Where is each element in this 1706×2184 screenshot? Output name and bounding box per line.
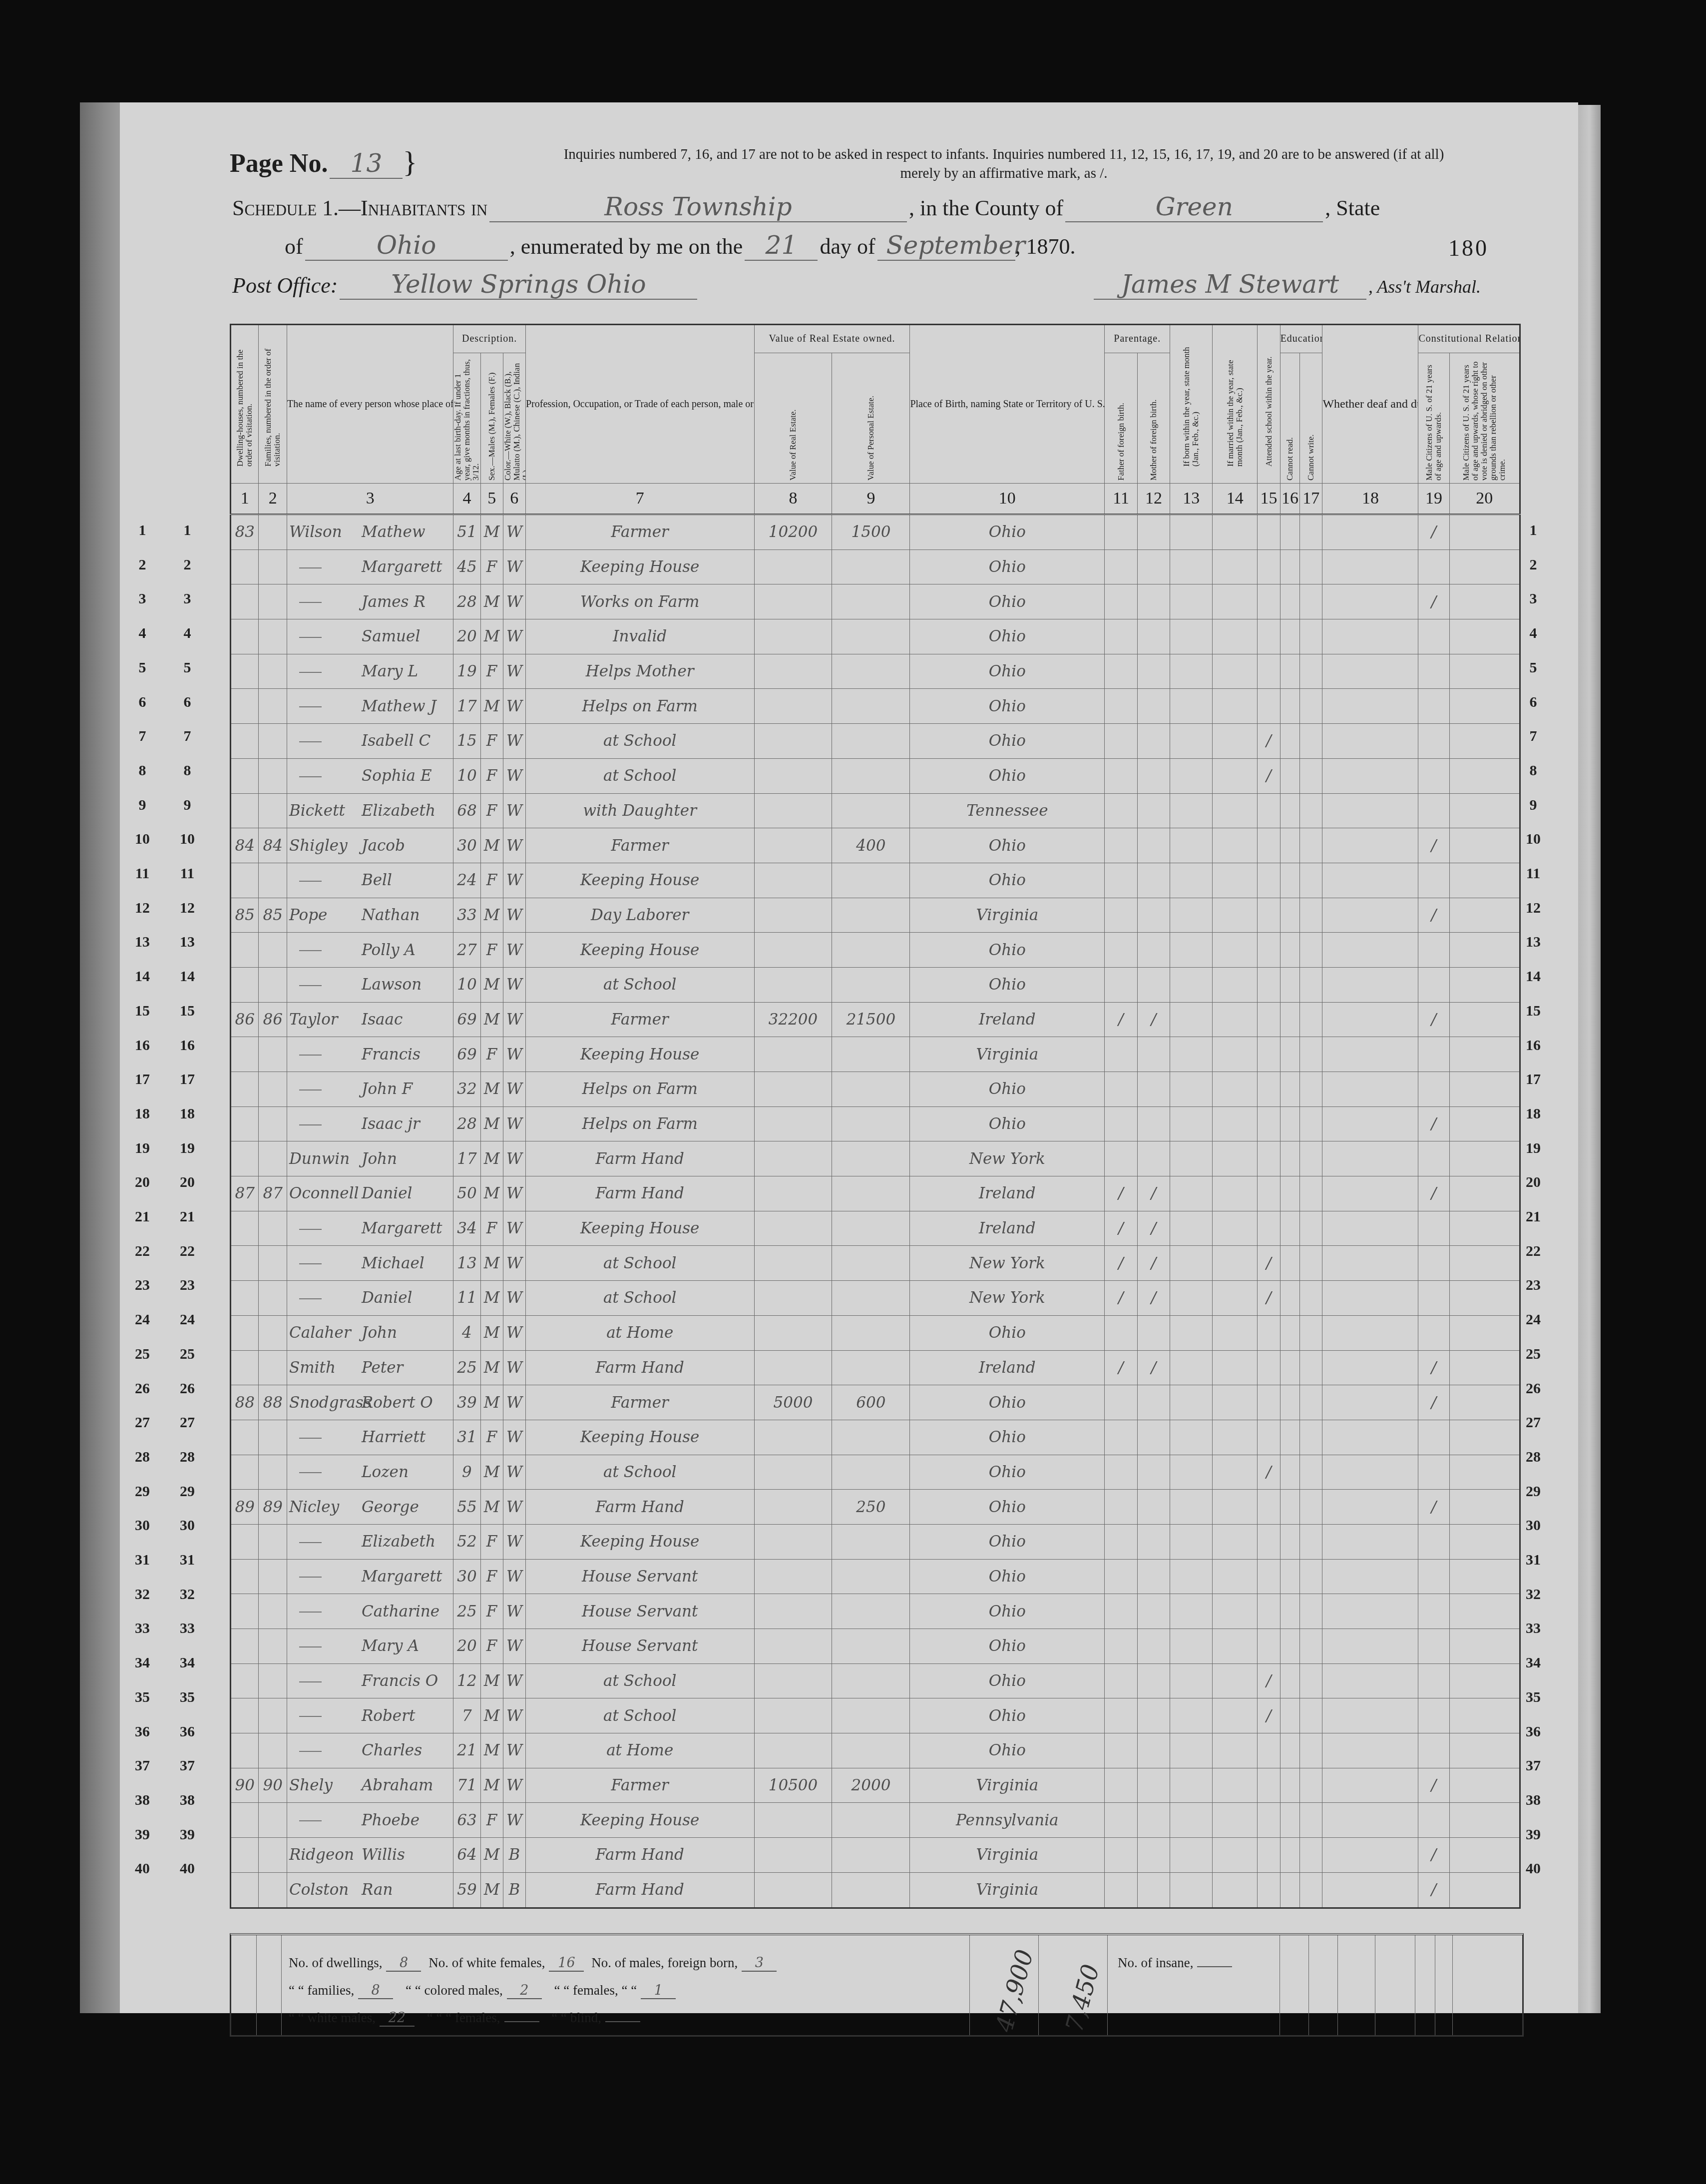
person-name: TaylorIsaac	[287, 1002, 453, 1037]
row-number: 11	[172, 865, 202, 882]
school-mark	[1258, 1385, 1280, 1420]
father-foreign-mark	[1105, 1872, 1138, 1908]
prev-page-row-number: 30	[127, 1517, 157, 1534]
family-number: 84	[259, 828, 287, 863]
mother-foreign-mark	[1137, 1524, 1170, 1559]
cannot-read-mark	[1280, 1524, 1300, 1559]
citizen-mark	[1418, 1663, 1449, 1698]
father-foreign-mark	[1105, 515, 1138, 550]
disability	[1322, 1663, 1418, 1698]
father-foreign-mark	[1105, 654, 1138, 689]
father-foreign-mark	[1105, 967, 1138, 1002]
insane-count	[1197, 1966, 1232, 1967]
married-within-year	[1213, 967, 1258, 1002]
dwelling-number: 86	[231, 1002, 259, 1037]
real-estate-value	[754, 619, 832, 654]
married-within-year	[1213, 1385, 1258, 1420]
citizen-mark	[1418, 1559, 1449, 1594]
citizen-mark	[1418, 758, 1449, 793]
row-number: 9	[1518, 797, 1548, 814]
citizen-mark	[1418, 1524, 1449, 1559]
row-number: 16	[1518, 1037, 1548, 1054]
born-within-year	[1170, 863, 1213, 898]
vote-denied-mark	[1449, 1524, 1520, 1559]
sex: M	[480, 1141, 503, 1176]
prev-page-row-number: 15	[127, 1003, 157, 1020]
color: W	[503, 1524, 525, 1559]
dwelling-number	[231, 1629, 259, 1664]
family-number	[259, 689, 287, 724]
citizen-mark	[1418, 619, 1449, 654]
given-name: Peter	[362, 1359, 403, 1377]
person-name: Phoebe	[287, 1803, 453, 1838]
cannot-read-mark	[1280, 863, 1300, 898]
cannot-read-mark	[1280, 1246, 1300, 1281]
born-within-year	[1170, 515, 1213, 550]
father-foreign-mark	[1105, 1838, 1138, 1873]
school-mark: /	[1258, 1246, 1280, 1281]
cannot-write-mark	[1300, 1803, 1322, 1838]
sex: M	[480, 1106, 503, 1141]
summary-line-3: “ “ white males,22 “ “ “ females, “ “ bl…	[289, 2010, 644, 2027]
vote-denied-mark	[1449, 1281, 1520, 1316]
cannot-read-mark	[1280, 828, 1300, 863]
school-mark	[1258, 828, 1280, 863]
married-within-year	[1213, 898, 1258, 933]
col-color-header: Color.—White (W.), Black (B.), Mulatto (…	[503, 353, 525, 484]
family-number	[259, 1559, 287, 1594]
row-number: 26	[172, 1380, 202, 1397]
given-name: Robert O	[362, 1394, 433, 1412]
born-within-year	[1170, 1141, 1213, 1176]
prev-page-row-number: 28	[127, 1449, 157, 1466]
father-foreign-mark	[1105, 1768, 1138, 1803]
mother-foreign-mark	[1137, 1872, 1170, 1908]
real-estate-value	[754, 584, 832, 619]
given-name: Isaac jr	[362, 1115, 420, 1133]
family-number	[259, 724, 287, 759]
census-row: Daniel11MWat SchoolNew York///	[231, 1281, 1520, 1316]
surname: Bickett	[289, 802, 362, 820]
cannot-read-mark	[1280, 1315, 1300, 1350]
dwelling-number	[231, 863, 259, 898]
constitutional-group-header: Constitutional Relations.	[1418, 325, 1520, 353]
cannot-read-mark	[1280, 933, 1300, 968]
instructions-notice: Inquiries numbered 7, 16, and 17 are not…	[482, 145, 1526, 183]
cannot-read-mark	[1280, 793, 1300, 828]
disability	[1322, 724, 1418, 759]
column-number: 19	[1418, 484, 1449, 515]
citizen-mark	[1418, 1420, 1449, 1455]
vote-denied-mark	[1449, 1176, 1520, 1211]
person-name: Bell	[287, 863, 453, 898]
mother-foreign-mark	[1137, 863, 1170, 898]
cannot-read-mark	[1280, 1629, 1300, 1664]
disability	[1322, 1002, 1418, 1037]
mother-foreign-mark: /	[1137, 1350, 1170, 1385]
color: W	[503, 1106, 525, 1141]
row-number: 12	[1518, 900, 1548, 917]
given-name: Daniel	[362, 1184, 412, 1202]
column-number: 16	[1280, 484, 1300, 515]
dwellings-count: 8	[386, 1955, 421, 1972]
occupation: Helps on Farm	[525, 1072, 754, 1107]
disability	[1322, 619, 1418, 654]
row-number: 40	[1518, 1860, 1548, 1877]
cannot-read-mark	[1280, 619, 1300, 654]
personal-estate-value: 600	[832, 1385, 910, 1420]
age: 10	[453, 758, 480, 793]
ditto-mark	[299, 1681, 322, 1682]
family-number	[259, 1838, 287, 1873]
ditto-mark	[299, 1229, 322, 1230]
school-mark	[1258, 793, 1280, 828]
row-number: 39	[172, 1826, 202, 1843]
mother-foreign-mark: /	[1137, 1281, 1170, 1316]
row-number: 14	[1518, 968, 1548, 985]
marshal-signature: James M Stewart	[1094, 270, 1366, 300]
birthplace: Virginia	[910, 898, 1105, 933]
born-within-year	[1170, 1490, 1213, 1525]
disability	[1322, 654, 1418, 689]
family-number	[259, 863, 287, 898]
citizen-mark	[1418, 1246, 1449, 1281]
born-within-year	[1170, 1803, 1213, 1838]
sex: M	[480, 1072, 503, 1107]
personal-estate-value	[832, 1559, 910, 1594]
married-within-year	[1213, 1106, 1258, 1141]
real-estate-value: 5000	[754, 1385, 832, 1420]
married-within-year	[1213, 1594, 1258, 1629]
blind-count	[605, 2021, 640, 2022]
occupation: Helps on Farm	[525, 689, 754, 724]
real-estate-value	[754, 549, 832, 584]
ditto-mark	[299, 602, 322, 603]
dwelling-number	[231, 654, 259, 689]
col-dwelling-header: Dwelling-houses, numbered in the order o…	[231, 325, 259, 484]
personal-estate-value	[832, 549, 910, 584]
vote-denied-mark	[1449, 1315, 1520, 1350]
school-mark	[1258, 1872, 1280, 1908]
birthplace: Ohio	[910, 863, 1105, 898]
occupation: Keeping House	[525, 1037, 754, 1072]
column-number: 4	[453, 484, 480, 515]
married-within-year	[1213, 1281, 1258, 1316]
age: 63	[453, 1803, 480, 1838]
given-name: Robert	[362, 1707, 415, 1725]
column-number: 3	[287, 484, 453, 515]
cannot-write-mark	[1300, 724, 1322, 759]
real-estate-value	[754, 1176, 832, 1211]
column-number: 13	[1170, 484, 1213, 515]
school-mark	[1258, 1838, 1280, 1873]
family-number	[259, 1524, 287, 1559]
row-number: 7	[172, 728, 202, 745]
dwelling-number: 87	[231, 1176, 259, 1211]
sex: M	[480, 1838, 503, 1873]
cannot-write-mark	[1300, 758, 1322, 793]
dwelling-number	[231, 1350, 259, 1385]
married-within-year	[1213, 1246, 1258, 1281]
disability	[1322, 1524, 1418, 1559]
census-row: 8585PopeNathan33MWDay LaborerVirginia/	[231, 898, 1520, 933]
cannot-write-mark	[1300, 1176, 1322, 1211]
mother-foreign-mark	[1137, 689, 1170, 724]
age: 17	[453, 1141, 480, 1176]
mother-foreign-mark	[1137, 654, 1170, 689]
census-row: Bell24FWKeeping HouseOhio	[231, 863, 1520, 898]
dwelling-number	[231, 1559, 259, 1594]
row-number: 13	[172, 934, 202, 951]
mother-foreign-mark	[1137, 619, 1170, 654]
row-number: 38	[1518, 1792, 1548, 1809]
father-foreign-mark	[1105, 1141, 1138, 1176]
age: 64	[453, 1838, 480, 1873]
color: W	[503, 1455, 525, 1490]
married-within-year	[1213, 1490, 1258, 1525]
family-number	[259, 1698, 287, 1733]
born-within-year	[1170, 549, 1213, 584]
mother-foreign-mark	[1137, 898, 1170, 933]
citizen-mark	[1418, 654, 1449, 689]
age: 30	[453, 1559, 480, 1594]
real-estate-total: 47,900	[990, 1947, 1039, 2035]
occupation: Farm Hand	[525, 1176, 754, 1211]
row-number: 27	[172, 1414, 202, 1431]
column-number: 11	[1105, 484, 1138, 515]
census-row: Francis69FWKeeping HouseVirginia	[231, 1037, 1520, 1072]
birthplace: Virginia	[910, 1768, 1105, 1803]
dwelling-number	[231, 933, 259, 968]
personal-estate-value	[832, 1350, 910, 1385]
cannot-write-mark	[1300, 1768, 1322, 1803]
cannot-read-mark	[1280, 1594, 1300, 1629]
person-name: Robert	[287, 1698, 453, 1733]
given-name: Phoebe	[362, 1811, 420, 1829]
person-name: Isabell C	[287, 724, 453, 759]
school-mark	[1258, 933, 1280, 968]
citizen-mark	[1418, 1733, 1449, 1768]
color: W	[503, 933, 525, 968]
cannot-read-mark	[1280, 1838, 1300, 1873]
personal-estate-value	[832, 1803, 910, 1838]
occupation: Keeping House	[525, 1524, 754, 1559]
person-name: Lawson	[287, 967, 453, 1002]
father-foreign-mark	[1105, 689, 1138, 724]
birthplace: Ohio	[910, 933, 1105, 968]
given-name: Sophia E	[362, 767, 432, 785]
age: 34	[453, 1211, 480, 1246]
father-foreign-mark	[1105, 1072, 1138, 1107]
given-name: Michael	[362, 1254, 425, 1272]
father-foreign-mark	[1105, 1663, 1138, 1698]
age: 28	[453, 1106, 480, 1141]
occupation: Keeping House	[525, 549, 754, 584]
father-foreign-mark	[1105, 758, 1138, 793]
school-mark	[1258, 1072, 1280, 1107]
family-number	[259, 1211, 287, 1246]
color: W	[503, 1594, 525, 1629]
real-estate-value	[754, 1211, 832, 1246]
column-number: 10	[910, 484, 1105, 515]
sex: M	[480, 1455, 503, 1490]
disability	[1322, 793, 1418, 828]
vote-denied-mark	[1449, 1350, 1520, 1385]
personal-estate-value	[832, 1246, 910, 1281]
real-estate-value	[754, 654, 832, 689]
given-name: Daniel	[362, 1289, 412, 1307]
age: 25	[453, 1350, 480, 1385]
color: W	[503, 724, 525, 759]
row-number: 1	[172, 522, 202, 539]
given-name: Isabell C	[362, 732, 430, 750]
birthplace: Ireland	[910, 1002, 1105, 1037]
row-number: 29	[172, 1483, 202, 1500]
age: 4	[453, 1315, 480, 1350]
family-number	[259, 549, 287, 584]
census-row: Michael13MWat SchoolNew York///	[231, 1246, 1520, 1281]
age: 25	[453, 1594, 480, 1629]
ditto-mark	[299, 741, 322, 742]
citizen-mark	[1418, 1141, 1449, 1176]
birthplace: Ireland	[910, 1350, 1105, 1385]
person-name: Isaac jr	[287, 1106, 453, 1141]
prev-page-row-number: 11	[127, 865, 157, 882]
occupation: Keeping House	[525, 1211, 754, 1246]
school-mark	[1258, 1803, 1280, 1838]
born-within-year	[1170, 1350, 1213, 1385]
prev-page-row-number: 12	[127, 900, 157, 917]
cannot-write-mark	[1300, 1838, 1322, 1873]
given-name: Nathan	[362, 906, 420, 924]
census-row: Margarett45FWKeeping HouseOhio	[231, 549, 1520, 584]
citizen-mark	[1418, 793, 1449, 828]
sex: M	[480, 515, 503, 550]
married-within-year	[1213, 1176, 1258, 1211]
personal-estate-value	[832, 1072, 910, 1107]
mother-foreign-mark: /	[1137, 1176, 1170, 1211]
citizen-mark	[1418, 1455, 1449, 1490]
married-within-year	[1213, 689, 1258, 724]
family-number	[259, 793, 287, 828]
vote-denied-mark	[1449, 1490, 1520, 1525]
cannot-write-mark	[1300, 863, 1322, 898]
born-within-year	[1170, 1594, 1213, 1629]
age: 24	[453, 863, 480, 898]
born-within-year	[1170, 933, 1213, 968]
married-within-year	[1213, 1629, 1258, 1664]
citizen-mark: /	[1418, 1838, 1449, 1873]
vote-denied-mark	[1449, 1803, 1520, 1838]
color: W	[503, 1002, 525, 1037]
color: W	[503, 1176, 525, 1211]
sex: F	[480, 1524, 503, 1559]
col-born-within-year-header: If born within the year, state month (Ja…	[1170, 325, 1213, 484]
row-number: 37	[172, 1757, 202, 1774]
born-within-year	[1170, 1315, 1213, 1350]
father-foreign-mark: /	[1105, 1246, 1138, 1281]
disability	[1322, 1281, 1418, 1316]
real-estate-value	[754, 1281, 832, 1316]
person-name: Margarett	[287, 1211, 453, 1246]
school-mark	[1258, 1211, 1280, 1246]
real-estate-value	[754, 1141, 832, 1176]
school-mark	[1258, 967, 1280, 1002]
married-within-year	[1213, 1803, 1258, 1838]
post-office-line: Post Office: Yellow Springs Ohio	[232, 270, 697, 300]
color: B	[503, 1872, 525, 1908]
given-name: Mary A	[362, 1637, 419, 1655]
col-disability-header: Whether deaf and dumb, blind, insane, or…	[1322, 325, 1418, 484]
enumeration-line: of Ohio , enumerated by me on the 21 day…	[285, 231, 1076, 261]
schedule-line: Schedule 1.—Inhabitants in Ross Township…	[232, 192, 1380, 222]
row-number: 36	[1518, 1723, 1548, 1740]
dwelling-number: 85	[231, 898, 259, 933]
married-within-year	[1213, 1455, 1258, 1490]
mother-foreign-mark	[1137, 1420, 1170, 1455]
person-name: Daniel	[287, 1281, 453, 1316]
mother-foreign-mark	[1137, 1315, 1170, 1350]
sex: M	[480, 1350, 503, 1385]
prev-page-row-number: 20	[127, 1174, 157, 1191]
ditto-mark	[299, 1124, 322, 1125]
given-name: George	[362, 1498, 419, 1516]
birthplace: Ohio	[910, 1455, 1105, 1490]
dwelling-number	[231, 1524, 259, 1559]
father-foreign-mark	[1105, 1385, 1138, 1420]
sex: M	[480, 1176, 503, 1211]
prev-page-row-number: 31	[127, 1552, 157, 1569]
born-within-year	[1170, 967, 1213, 1002]
personal-estate-value	[832, 619, 910, 654]
birthplace: Ohio	[910, 1072, 1105, 1107]
disability	[1322, 1698, 1418, 1733]
surname: Dunwin	[289, 1150, 362, 1168]
prev-page-row-number: 17	[127, 1071, 157, 1088]
ditto-mark	[299, 1438, 322, 1439]
census-row: Lawson10MWat SchoolOhio	[231, 967, 1520, 1002]
cannot-read-mark	[1280, 1350, 1300, 1385]
census-row: CalaherJohn4MWat HomeOhio	[231, 1315, 1520, 1350]
family-number	[259, 1281, 287, 1316]
family-number	[259, 1629, 287, 1664]
color: W	[503, 1698, 525, 1733]
cannot-write-mark	[1300, 1246, 1322, 1281]
born-within-year	[1170, 1002, 1213, 1037]
census-row: James R28MWWorks on FarmOhio/	[231, 584, 1520, 619]
real-estate-value	[754, 1037, 832, 1072]
personal-estate-value	[832, 1281, 910, 1316]
mother-foreign-mark	[1137, 1698, 1170, 1733]
birthplace: New York	[910, 1141, 1105, 1176]
sex: M	[480, 1246, 503, 1281]
father-foreign-mark	[1105, 1315, 1138, 1350]
age: 68	[453, 793, 480, 828]
cannot-read-mark	[1280, 1037, 1300, 1072]
mother-foreign-mark	[1137, 724, 1170, 759]
dwelling-number	[231, 1281, 259, 1316]
occupation: at School	[525, 1281, 754, 1316]
given-name: John	[362, 1150, 397, 1168]
father-foreign-mark	[1105, 584, 1138, 619]
cannot-read-mark	[1280, 1559, 1300, 1594]
birthplace: Ohio	[910, 1698, 1105, 1733]
married-within-year	[1213, 724, 1258, 759]
dwelling-number	[231, 1315, 259, 1350]
citizen-mark	[1418, 724, 1449, 759]
row-number: 40	[172, 1860, 202, 1877]
age: 69	[453, 1037, 480, 1072]
